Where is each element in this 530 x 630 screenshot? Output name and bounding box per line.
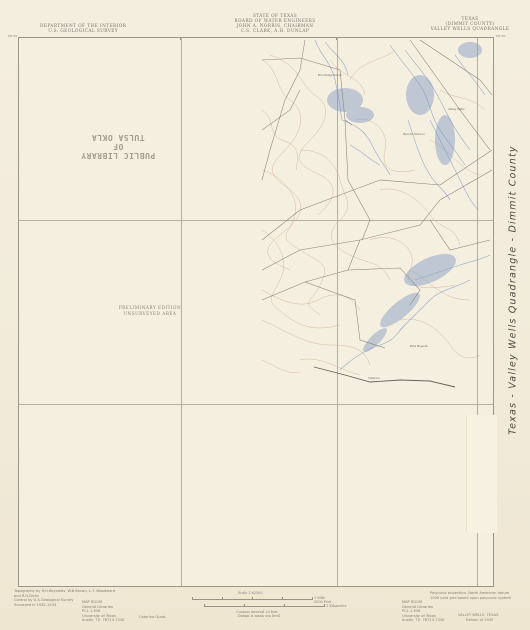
handwritten-side-annotation: Texas - Valley Wells Quadrangle - Dimmit… <box>500 160 526 420</box>
scale-bar-km <box>204 606 324 607</box>
railroad <box>314 367 455 387</box>
corner-coord-tr: 99°30' <box>496 34 506 38</box>
library-stamp-left: MAP ROOM General Libraries PCL 1.306 Uni… <box>82 600 124 623</box>
paper-patch <box>466 415 497 533</box>
library-stamp-right: MAP ROOM General Libraries PCL 1.306 Uni… <box>402 600 444 623</box>
border-tick <box>336 37 337 40</box>
projection-note: Polyconic projection. North American dat… <box>430 591 511 600</box>
adjacent-sheet-label: Catarina Quad. <box>139 615 166 620</box>
topographic-map: Brundidge Ranch Valley Wells Rancho More… <box>0 0 530 630</box>
svg-text:Valley Wells: Valley Wells <box>448 107 465 111</box>
roads <box>262 40 492 348</box>
preliminary-line-2: Unsurveyed Area <box>95 311 205 317</box>
svg-text:Esta Mujeres: Esta Mujeres <box>410 344 428 348</box>
library-stamp: PUBLIC LIBRARY OF TULSA OKLA <box>78 110 158 160</box>
side-annotation-text: Texas - Valley Wells Quadrangle - Dimmit… <box>508 145 519 434</box>
svg-text:Brundidge Ranch: Brundidge Ranch <box>318 73 342 77</box>
border-tick <box>180 37 181 40</box>
stamp-line-2: OF <box>78 142 158 151</box>
corner-coord-tl: 99°45' <box>8 34 18 38</box>
edition-note: Edition of 1935 <box>466 618 493 623</box>
svg-text:Catarina: Catarina <box>368 376 380 380</box>
stamp-line-1: PUBLIC LIBRARY <box>78 151 158 160</box>
datum-note: Datum is mean sea level <box>238 614 280 618</box>
scale-km-label: 1 Kilometer <box>326 604 346 608</box>
stamp-line-3: TULSA OKLA <box>78 133 158 142</box>
scale-title: Scale 1:62500 <box>238 591 263 595</box>
preliminary-edition-note: Preliminary Edition Unsurveyed Area <box>95 305 205 316</box>
svg-text:Rancho Moreno: Rancho Moreno <box>403 132 425 136</box>
sheet-name: VALLEY WELLS, TEXAS <box>458 613 498 618</box>
marsh-areas <box>327 42 482 355</box>
scale-bar: Scale 1:62500 1 Mile 5000 Feet 1 Kilomet… <box>190 591 330 621</box>
